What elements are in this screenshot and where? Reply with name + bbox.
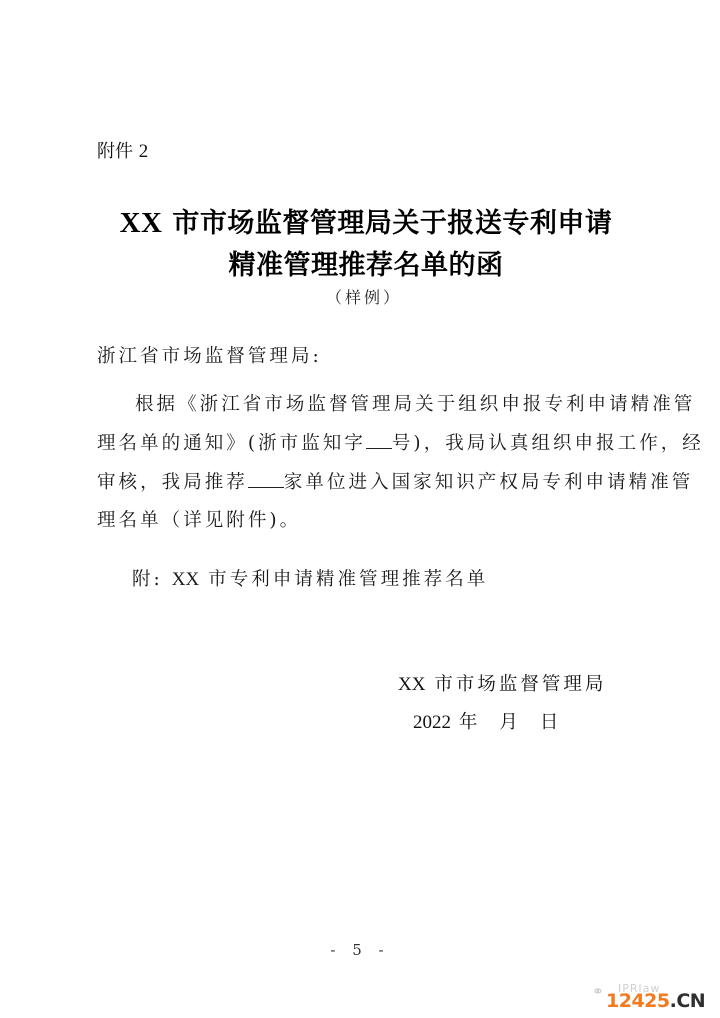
date-year-unit: 年 [459, 712, 480, 733]
attachment-line-label: 附: [132, 569, 163, 590]
paragraph-line-3-start: 审核，我局推荐 [97, 472, 248, 493]
page-number: - 5 - [0, 941, 720, 959]
attachment-line: 附: XX 市专利申请精准管理推荐名单 [132, 565, 488, 591]
salutation: 浙江省市场监督管理局: [97, 342, 322, 368]
attachment-line-text: 市专利申请精准管理推荐名单 [199, 569, 488, 590]
paragraph-line-1: 根据《浙江省市场监督管理局关于组织申报专利申请精准管 [135, 390, 695, 416]
document-subtitle: （样例） [4, 285, 720, 308]
date-day-unit: 日 [540, 712, 561, 733]
title-line-1-text: 市市场监督管理局关于报送专利申请 [162, 208, 612, 239]
document-number-blank [366, 432, 392, 449]
signature-organization: XX 市市场监督管理局 [398, 670, 606, 696]
paragraph-line-4: 理名单（详见附件)。 [97, 506, 301, 532]
signature-city: XX [398, 674, 425, 695]
document-title-line-1: XX 市市场监督管理局关于报送专利申请 [6, 201, 720, 240]
watermark-brand: 12425.CN [606, 990, 705, 1012]
paragraph-line-3: 审核，我局推荐家单位进入国家知识产权局专利申请精准管 [97, 468, 693, 494]
date-month-unit: 月 [499, 712, 520, 733]
attachment-line-city: XX [172, 569, 199, 590]
unit-count-blank [248, 471, 284, 488]
watermark: ⚭ IPRlaw 12425.CN [592, 982, 720, 1012]
paragraph-line-2: 理名单的通知》(浙市监知字号)，我局认真组织申报工作，经 [97, 429, 704, 455]
signature-date: 2022 年月日 [413, 708, 560, 734]
watermark-brand-suffix: .CN [670, 990, 706, 1012]
watermark-brand-number: 12425 [606, 990, 670, 1012]
date-year: 2022 [413, 712, 451, 733]
paragraph-line-2-start: 理名单的通知》(浙市监知字 [97, 433, 366, 454]
title-city-placeholder: XX [120, 207, 163, 239]
paragraph-line-3-end: 家单位进入国家知识产权局专利申请精准管 [284, 472, 693, 493]
attachment-label-text: 附件 [97, 141, 133, 162]
attachment-label: 附件 2 [97, 137, 148, 163]
attachment-label-number: 2 [139, 141, 149, 162]
document-title-line-2: 精准管理推荐名单的函 [6, 243, 720, 282]
signature-text: 市市场监督管理局 [425, 674, 606, 695]
paragraph-line-2-end: 号)，我局认真组织申报工作，经 [392, 433, 704, 454]
wechat-icon: ⚭ [592, 984, 604, 1000]
